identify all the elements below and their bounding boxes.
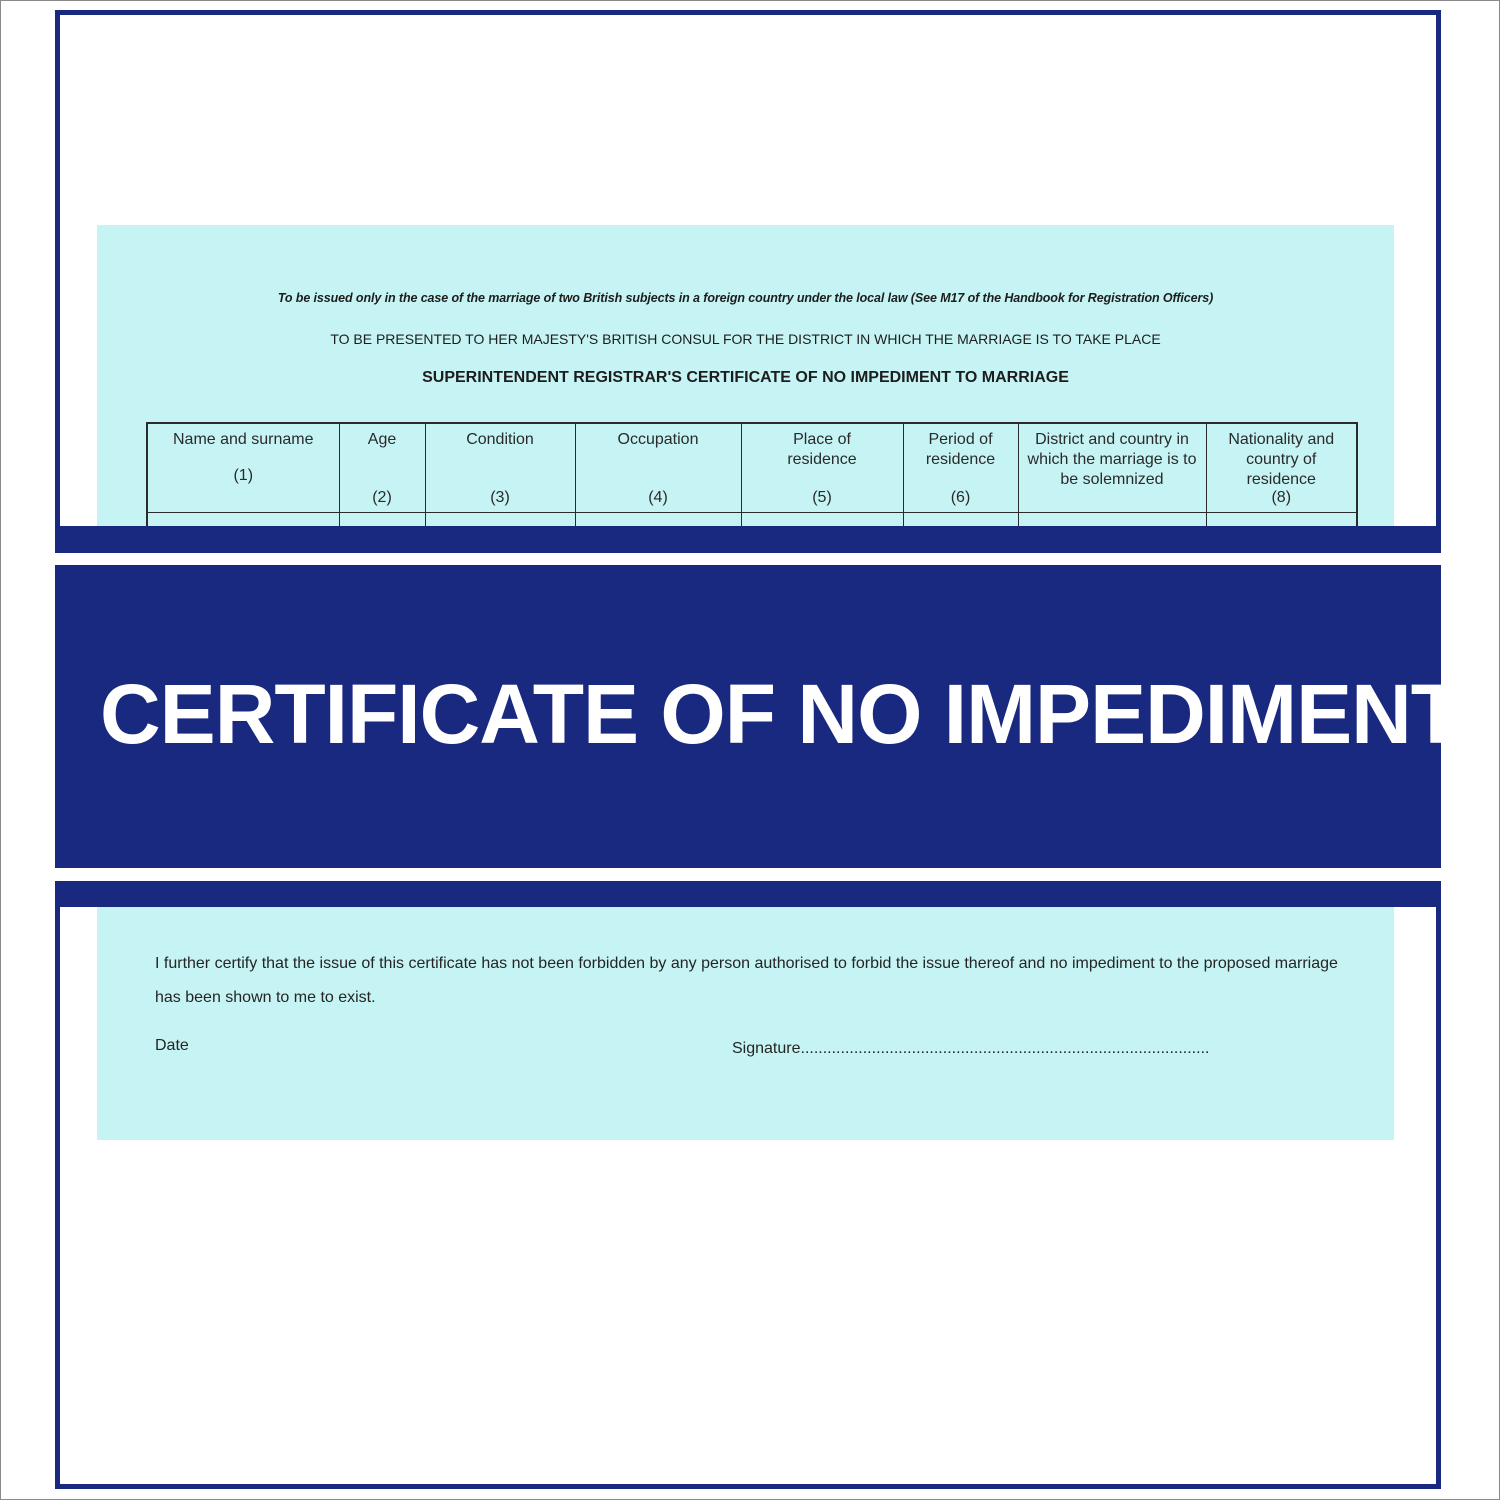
issued-note: To be issued only in the case of the mar…	[97, 291, 1394, 305]
date-label: Date	[155, 1037, 189, 1055]
column-header: Occupation(4)	[575, 423, 741, 513]
banner-title: CERTIFICATE OF NO IMPEDIMENT	[100, 664, 1390, 764]
column-header: Condition(3)	[425, 423, 575, 513]
presented-note: TO BE PRESENTED TO HER MAJESTY'S BRITISH…	[97, 331, 1394, 347]
column-header: Period of residence(6)	[903, 423, 1018, 513]
banner-bottom-strip	[55, 881, 1441, 907]
certify-paragraph: I further certify that the issue of this…	[155, 947, 1355, 1015]
column-header: Name and surname(1)	[147, 423, 339, 513]
form-title: SUPERINTENDENT REGISTRAR'S CERTIFICATE O…	[97, 369, 1394, 387]
column-header: Age(2)	[339, 423, 425, 513]
banner-top-strip	[55, 526, 1441, 553]
table-header-row: Name and surname(1) Age(2) Condition(3) …	[147, 423, 1357, 513]
column-header: District and country in which the marria…	[1018, 423, 1206, 513]
column-header: Nationality and country of residence(8)	[1206, 423, 1357, 513]
banner-gap-top	[55, 553, 1441, 565]
banner-gap-bottom	[55, 868, 1441, 881]
signature-line: Signature...............................…	[732, 1040, 1209, 1058]
column-header: Place of residence(5)	[741, 423, 903, 513]
